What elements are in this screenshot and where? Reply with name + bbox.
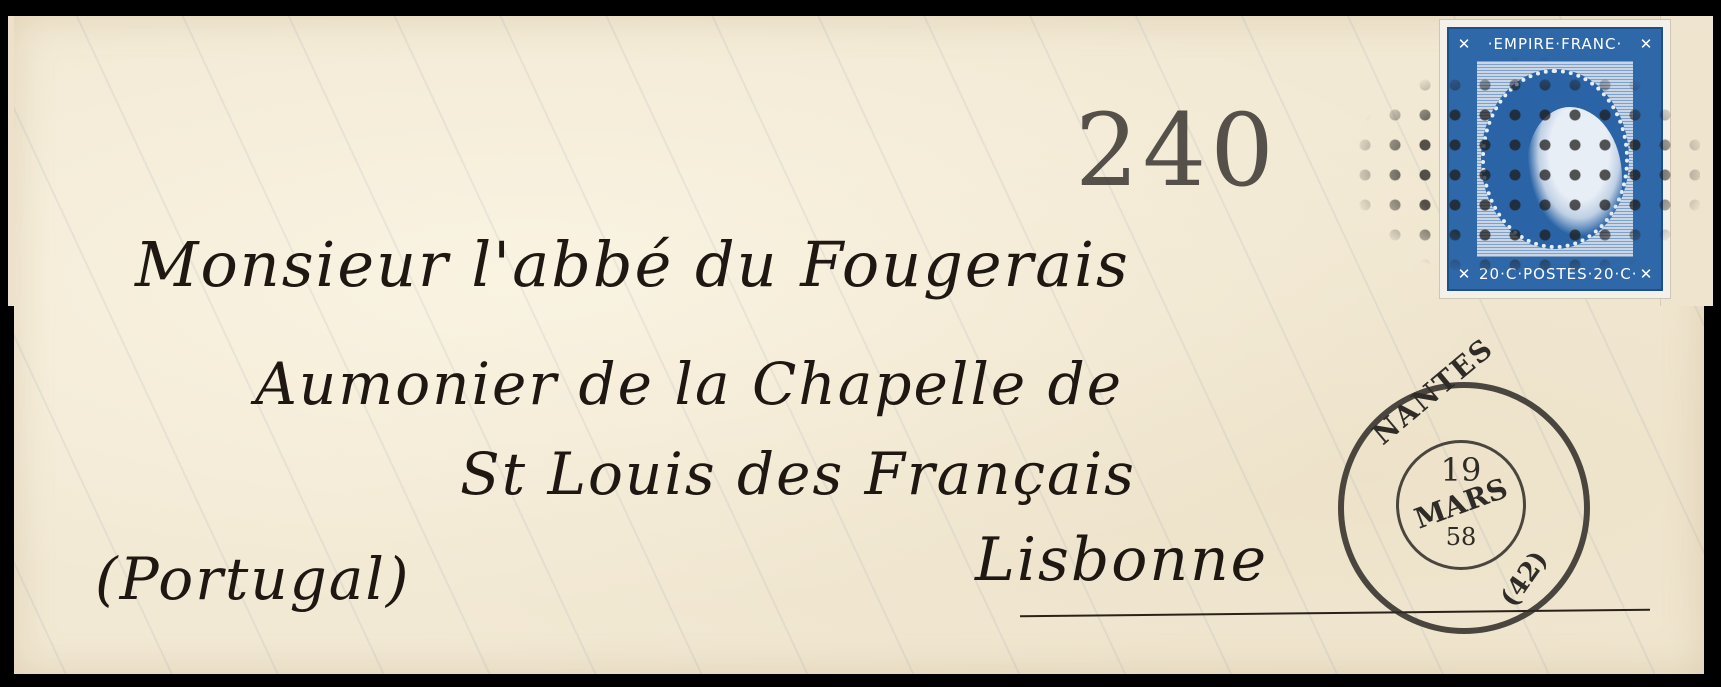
- postage-stamp: ✕ ✕ ✕ ✕ ·EMPIRE·FRANC· 20·C·POSTES·20·C·: [1440, 20, 1670, 298]
- address-line-city: Lisbonne: [975, 525, 1268, 595]
- stamp-top-legend: ·EMPIRE·FRANC·: [1479, 32, 1631, 56]
- postmark-year: 58: [1399, 523, 1523, 551]
- stamp-frame: ✕ ✕ ✕ ✕ ·EMPIRE·FRANC· 20·C·POSTES·20·C·: [1447, 27, 1663, 291]
- address-line-recipient: Monsieur l'abbé du Fougerais: [135, 228, 1130, 301]
- postmark-department: (42): [1495, 545, 1554, 612]
- circular-datestamp: NANTES 19 MARS 58 (42): [1338, 382, 1590, 634]
- address-line-title: Aumonier de la Chapelle de: [255, 350, 1123, 418]
- address-line-chapel: St Louis des Français: [460, 440, 1136, 508]
- rate-marking: 240: [1075, 92, 1278, 209]
- stamp-corner-ornament-icon: ✕: [1635, 263, 1657, 285]
- stamp-corner-ornament-icon: ✕: [1635, 33, 1657, 55]
- address-country: (Portugal): [95, 545, 411, 613]
- portrait-profile-icon: [1527, 107, 1622, 237]
- stamp-vignette: [1477, 61, 1633, 257]
- stamp-corner-ornament-icon: ✕: [1453, 263, 1475, 285]
- stamp-portrait-oval: [1481, 69, 1629, 249]
- stamp-bottom-legend: 20·C·POSTES·20·C·: [1479, 262, 1631, 286]
- stamp-corner-ornament-icon: ✕: [1453, 33, 1475, 55]
- postmark-inner-ring: 19 MARS 58: [1396, 440, 1526, 570]
